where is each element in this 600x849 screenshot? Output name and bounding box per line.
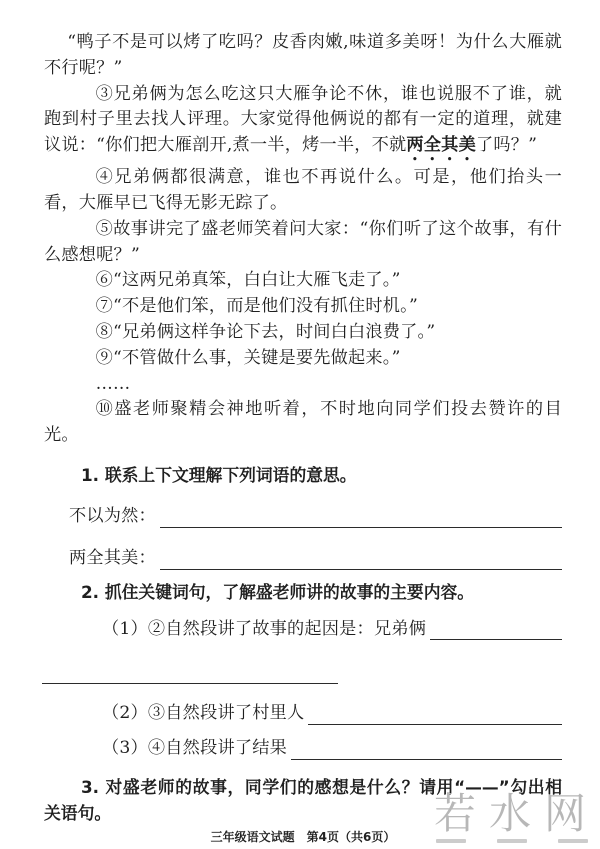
watermark-text: 若水网: [434, 792, 594, 836]
question-1-blank-row-2: 两全其美：: [44, 546, 562, 572]
story-paragraph-3: ③兄弟俩为怎么吃这只大雁争论不休，谁也说服不了谁，就跑到村子里去找人评理。大家觉…: [44, 82, 562, 166]
answer-line: [308, 707, 562, 725]
word-label-buyiweiran: 不以为然：: [69, 504, 156, 530]
story-paragraph-5: ⑤故事讲完了盛老师笑着问大家：“你们听了这个故事，有什么感想呢？”: [44, 217, 562, 269]
story-paragraph-10: ⑩盛老师聚精会神地听着，不时地向同学们投去赞许的目光。: [44, 397, 562, 449]
answer-line: [160, 510, 562, 528]
watermark: 若水网: [434, 792, 594, 843]
word-label-liangquanqimei: 两全其美：: [69, 546, 156, 572]
question-2-sub-3: （3）④自然段讲了结果: [44, 736, 562, 762]
exam-paper-page: “鸭子不是可以烤了吃吗？皮香肉嫩,味道多美呀！为什么大雁就不行呢？” ③兄弟俩为…: [0, 0, 600, 849]
question-1-blank-row-1: 不以为然：: [44, 504, 562, 530]
question-2-sub-2: （2）③自然段讲了村里人: [44, 701, 562, 727]
story-paragraph-2-continuation: “鸭子不是可以烤了吃吗？皮香肉嫩,味道多美呀！为什么大雁就不行呢？”: [44, 30, 562, 82]
exam-content: “鸭子不是可以烤了吃吗？皮香肉嫩,味道多美呀！为什么大雁就不行呢？” ③兄弟俩为…: [44, 30, 562, 847]
answer-line: [430, 622, 562, 640]
watermark-subtext-strip: [497, 839, 527, 843]
question-2-sub-3-label: （3）④自然段讲了结果: [102, 736, 287, 762]
story-paragraph-8: ⑧“兄弟俩这样争论下去，时间白白浪费了。”: [44, 320, 562, 346]
emphasized-idiom: 两全其美: [406, 135, 476, 155]
answer-line: [160, 551, 562, 569]
question-1-header: 1. 联系上下文理解下列词语的意思。: [44, 462, 562, 488]
story-paragraph-9: ⑨“不管做什么事，关键是要先做起来。”: [44, 346, 562, 372]
story-paragraph-4: ④兄弟俩都很满意，谁也不再说什么。可是，他们抬头一看，大雁早已飞得无影无踪了。: [44, 165, 562, 217]
watermark-subtext-strip: [558, 839, 588, 843]
story-paragraph-6: ⑥“这两兄弟真笨，白白让大雁飞走了。”: [44, 268, 562, 294]
story-ellipsis: ……: [44, 372, 562, 398]
story-paragraph-7: ⑦“不是他们笨，而是他们没有抓住时机。”: [44, 294, 562, 320]
question-2-header: 2. 抓住关键词句，了解盛老师讲的故事的主要内容。: [44, 579, 562, 605]
answer-line: [291, 742, 562, 760]
question-2-sub-1-label: （1）②自然段讲了故事的起因是：兄弟俩: [102, 617, 426, 643]
watermark-subtext-strip: [436, 839, 466, 843]
story-paragraph-3-end: 了吗？”: [476, 135, 537, 155]
answer-line-continuation: [42, 683, 338, 684]
question-2-sub-2-label: （2）③自然段讲了村里人: [102, 701, 304, 727]
question-2-sub-1: （1）②自然段讲了故事的起因是：兄弟俩: [44, 617, 562, 643]
